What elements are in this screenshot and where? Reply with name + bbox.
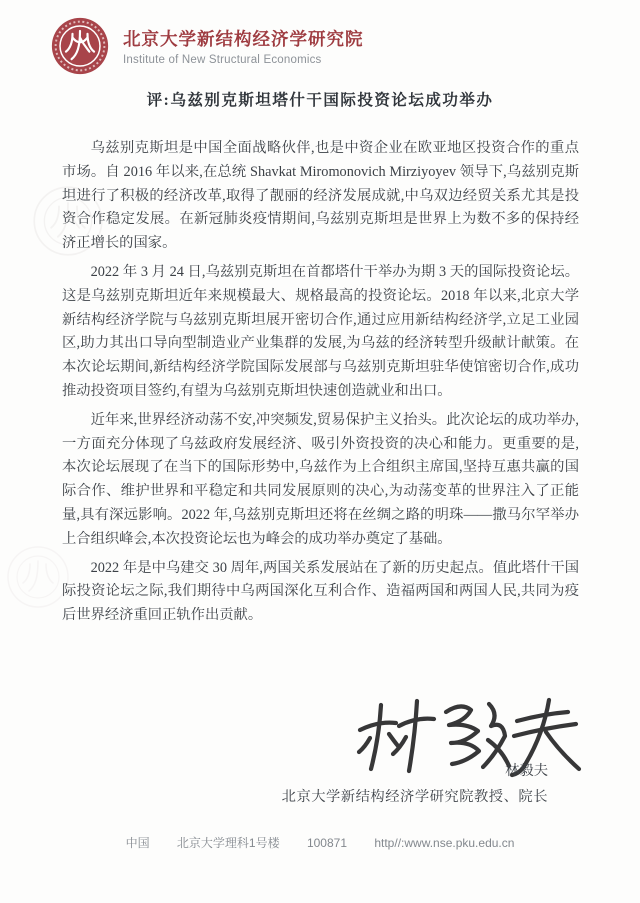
seal-watermark bbox=[6, 545, 70, 609]
signer-name: 林毅夫 bbox=[0, 760, 548, 780]
institute-names: 北京大学新结构经济学研究院 Institute of New Structura… bbox=[123, 26, 364, 66]
institute-name-en: Institute of New Structural Economics bbox=[123, 54, 364, 66]
footer-address: 北京大学理科1号楼 bbox=[177, 836, 280, 850]
paragraph-1: 乌兹别克斯坦是中国全面战略伙伴,也是中资企业在欧亚地区投资合作的重点市场。自 2… bbox=[62, 137, 579, 256]
signer-title: 北京大学新结构经济学研究院教授、院长 bbox=[0, 786, 548, 806]
letterhead: 北京大学新结构经济学研究院 Institute of New Structura… bbox=[50, 16, 590, 76]
letter-document: 北京大学新结构经济学研究院 Institute of New Structura… bbox=[0, 0, 640, 903]
paragraph-4: 2022 年是中乌建交 30 周年,两国关系发展站在了新的历史起点。值此塔什干国… bbox=[62, 557, 579, 628]
footer-postal-code: 100871 bbox=[307, 836, 347, 850]
peking-university-seal-icon bbox=[50, 16, 110, 76]
footer: 中国 北京大学理科1号楼 100871 http//:www.nse.pku.e… bbox=[0, 834, 640, 851]
institute-name-cn: 北京大学新结构经济学研究院 bbox=[123, 26, 364, 51]
footer-website: http//:www.nse.pku.edu.cn bbox=[374, 836, 514, 850]
document-body: 乌兹别克斯坦是中国全面战略伙伴,也是中资企业在欧亚地区投资合作的重点市场。自 2… bbox=[62, 137, 579, 633]
footer-country: 中国 bbox=[126, 836, 150, 850]
document-title: 评:乌兹别克斯坦塔什干国际投资论坛成功举办 bbox=[0, 88, 640, 110]
paragraph-3: 近年来,世界经济动荡不安,冲突频发,贸易保护主义抬头。此次论坛的成功举办,一方面… bbox=[62, 409, 579, 552]
paragraph-2: 2022 年 3 月 24 日,乌兹别克斯坦在首都塔什干举办为期 3 天的国际投… bbox=[62, 261, 579, 404]
